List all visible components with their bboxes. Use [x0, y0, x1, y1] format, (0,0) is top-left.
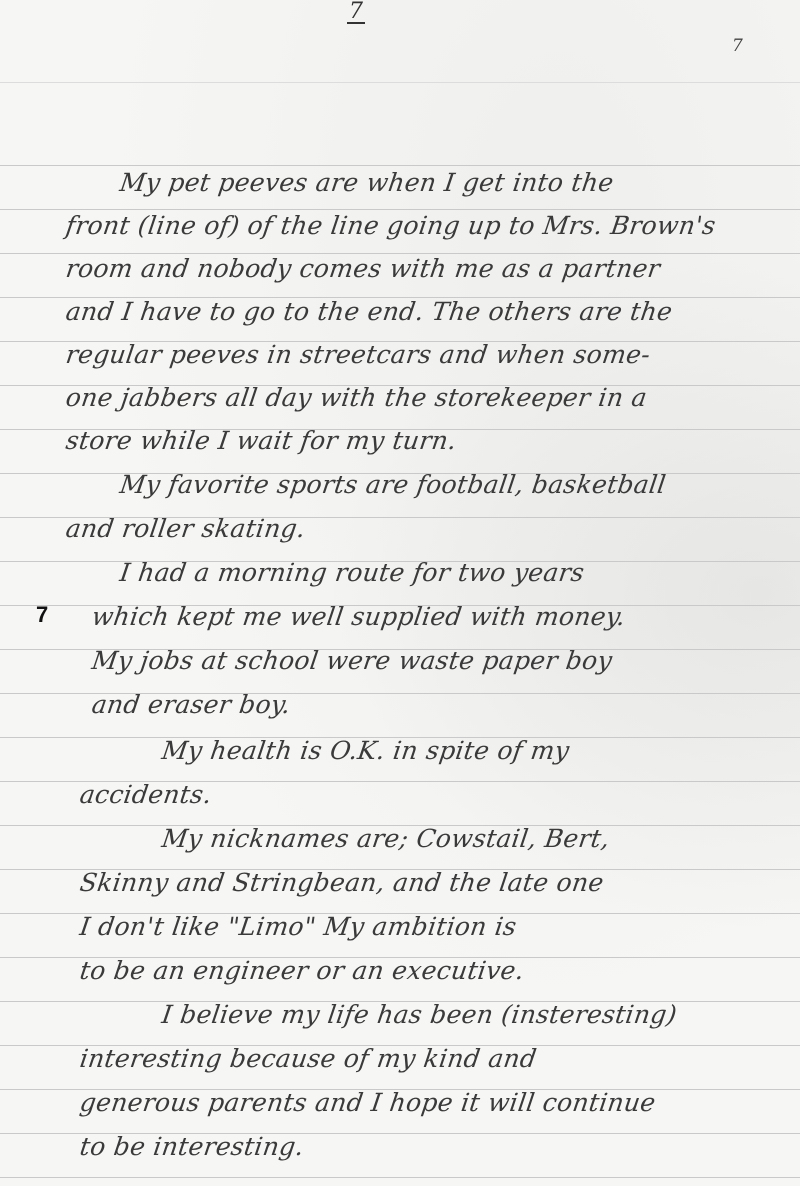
text-line: My jobs at school were waste paper boy [90, 646, 614, 675]
text-line: to be an engineer or an executive. [78, 956, 526, 985]
text-line: regular peeves in streetcars and when so… [64, 340, 652, 369]
text-line: which kept me well supplied with money. [90, 602, 627, 631]
text-line: generous parents and I hope it will cont… [78, 1088, 658, 1117]
handwritten-page: 7 7 7 My pet peeves are when I get into … [0, 0, 800, 1186]
text-line: My health is O.K. in spite of my [160, 736, 571, 765]
ruled-line [0, 82, 800, 83]
text-line: and roller skating. [64, 514, 307, 543]
text-line: front (line of) of the line going up to … [64, 211, 718, 240]
ruled-line [0, 1177, 800, 1178]
text-line: I believe my life has been (insteresting… [160, 1000, 679, 1029]
corner-page-number: 7 [732, 36, 743, 56]
text-line: one jabbers all day with the storekeeper… [64, 383, 649, 412]
text-line: to be interesting. [78, 1132, 306, 1161]
text-line: accidents. [78, 780, 214, 809]
margin-page-number: 7 [36, 602, 48, 628]
text-line: interesting because of my kind and [78, 1044, 538, 1073]
text-line: Skinny and Stringbean, and the late one [78, 868, 606, 897]
ruled-line [0, 209, 800, 210]
text-line: and I have to go to the end. The others … [64, 297, 674, 326]
text-line: My pet peeves are when I get into the [118, 168, 616, 197]
text-line: I don't like "Limo" My ambition is [78, 912, 519, 941]
text-line: store while I wait for my turn. [64, 426, 458, 455]
text-line: My nicknames are; Cowstail, Bert, [160, 824, 612, 853]
ruled-line [0, 165, 800, 166]
text-line: I had a morning route for two years [118, 558, 586, 587]
top-page-number: 7 [347, 2, 365, 24]
text-line: room and nobody comes with me as a partn… [64, 254, 662, 283]
text-line: and eraser boy. [90, 690, 293, 719]
text-line: My favorite sports are football, basketb… [118, 470, 668, 499]
